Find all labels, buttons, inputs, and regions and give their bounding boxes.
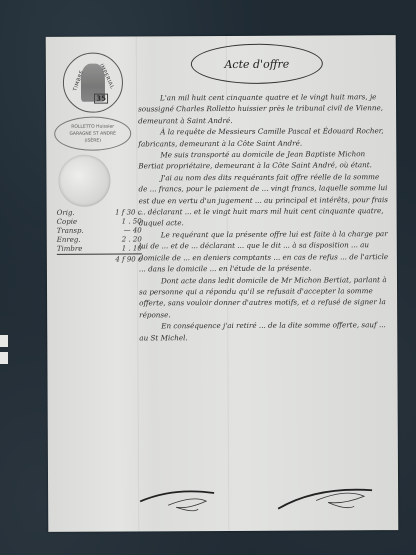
fee-label: Enreg. <box>57 236 81 245</box>
paragraph-offre: J'ai au nom des dits requérants fait off… <box>138 171 388 229</box>
fee-row: Enreg.2 . 20 <box>57 235 142 244</box>
stamp-value: 35 <box>94 94 108 104</box>
paragraph-requerants: À la requête de Messieurs Camille Pascal… <box>138 125 388 149</box>
document-body: L'an mil huit cent cinquante quatre et l… <box>138 91 389 343</box>
fee-row: Transp.— 40 <box>57 226 142 235</box>
fee-row: Copie1 . 50 <box>57 217 142 226</box>
document-title: Acte d'offre <box>191 43 323 84</box>
oval-stamp-line3: (ISÈRE) <box>55 137 130 144</box>
fee-row: Orig.1 f 30 c <box>57 208 142 217</box>
document-sheet: TIMBRE IMPERIAL 35 ROLLETTO Huissier GAR… <box>46 35 399 532</box>
fee-label: Transp. <box>57 227 84 236</box>
paragraph-transport: Me suis transporté au domicile de Jean B… <box>138 148 388 172</box>
background-notch <box>0 335 8 347</box>
embossed-seal-icon <box>58 155 110 207</box>
fee-label: Copie <box>57 218 77 227</box>
fee-total: 4 f 90 c <box>57 253 142 264</box>
huissier-paraph-icon <box>138 487 218 517</box>
requerant-paraph-icon <box>276 482 376 517</box>
title-text: Acte d'offre <box>224 57 289 70</box>
paragraph-declaration: Le requérant que la présente offre lui e… <box>139 228 389 275</box>
paragraph-consequence: En conséquence j'ai retiré ... de la dit… <box>139 319 389 343</box>
fees-table: Orig.1 f 30 c Copie1 . 50 Transp.— 40 En… <box>57 208 142 264</box>
background-notch <box>0 352 8 364</box>
imperial-stamp: TIMBRE IMPERIAL 35 <box>63 53 123 113</box>
fee-label: Orig. <box>57 209 75 218</box>
paragraph-date: L'an mil huit cent cinquante quatre et l… <box>138 91 388 127</box>
fee-row: Timbre1 . 10 <box>57 244 142 253</box>
fee-label: Timbre <box>57 245 83 254</box>
paragraph-dont-acte: Dont acte dans ledit domicile de Mr Mich… <box>139 274 389 321</box>
huissier-oval-stamp: ROLLETTO Huissier GARAGNE ST ANDRÉ (ISÈR… <box>54 116 131 150</box>
